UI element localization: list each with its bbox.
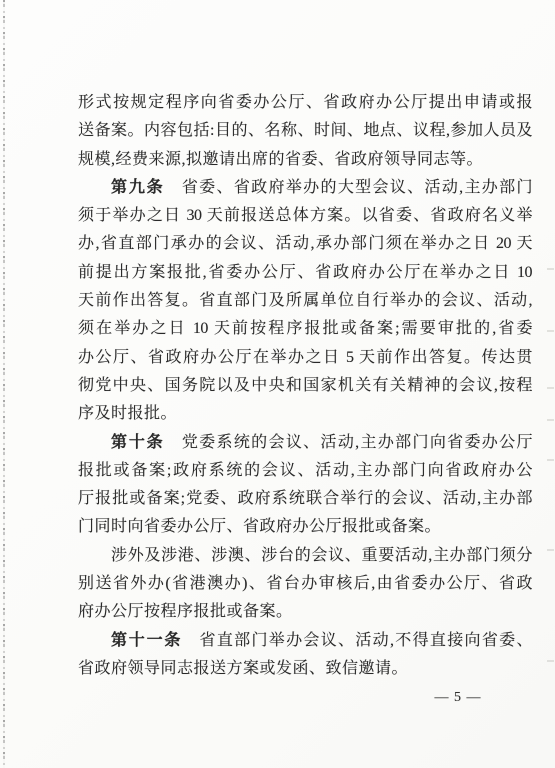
text-line: 第九条 省委、省政府举办的大型会议、活动,主办部门	[78, 174, 532, 202]
document-page: 形式按规定程序向省委办公厅、省政府办公厅提出申请或报送备案。内容包括:目的、名称…	[0, 0, 555, 768]
article-heading: 第十一条	[111, 632, 182, 649]
text-line: 规模,经费来源,拟邀请出席的省委、省政府领导同志等。	[78, 146, 532, 174]
text-line: 天前作出答复。省直部门及所属单位自行举办的会议、活动,	[78, 287, 532, 315]
page-number: — 5 —	[418, 688, 498, 708]
document-body: 形式按规定程序向省委办公厅、省政府办公厅提出申请或报送备案。内容包括:目的、名称…	[78, 89, 532, 683]
text-line: 须在举办之日 10 天前按程序报批或备案;需要审批的,省委	[78, 315, 532, 343]
text-line: 送备案。内容包括:目的、名称、时间、地点、议程,参加人员及	[78, 117, 532, 145]
text-line: 报批或备案;政府系统的会议、活动,主办部门向省政府办公	[78, 457, 532, 485]
text-line: 形式按规定程序向省委办公厅、省政府办公厅提出申请或报	[78, 89, 532, 117]
text-line: 涉外及涉港、涉澳、涉台的会议、重要活动,主办部门须分	[78, 542, 532, 570]
text-line: 第十一条 省直部门举办会议、活动,不得直接向省委、	[78, 627, 532, 655]
scan-artifact-bleed-mark	[547, 330, 554, 332]
text-line: 须于举办之日 30 天前报送总体方案。以省委、省政府名义举	[78, 202, 532, 230]
text-line: 门同时向省委办公厅、省政府办公厅报批或备案。	[78, 513, 532, 541]
text-line: 省政府领导同志报送方案或发函、致信邀请。	[78, 655, 532, 683]
scan-artifact-bleed-mark	[547, 549, 554, 551]
scan-artifact-bleed-mark	[547, 660, 554, 662]
article-heading: 第九条	[111, 179, 165, 196]
text-line: 序及时报批。	[78, 400, 532, 428]
scan-artifact-bleed-mark	[547, 387, 554, 389]
text-line: 第十条 党委系统的会议、活动,主办部门向省委办公厅	[78, 429, 532, 457]
text-line: 办,省直部门承办的会议、活动,承办部门须在举办之日 20 天	[78, 230, 532, 258]
text-line: 办公厅、省政府办公厅在举办之日 5 天前作出答复。传达贯	[78, 344, 532, 372]
scan-artifact-bleed-mark	[547, 419, 554, 421]
scan-artifact-left-edge	[3, 0, 5, 768]
text-line: 彻党中央、国务院以及中央和国家机关有关精神的会议,按程	[78, 372, 532, 400]
text-line: 别送省外办(省港澳办)、省台办审核后,由省委办公厅、省政	[78, 570, 532, 598]
text-line: 前提出方案报批,省委办公厅、省政府办公厅在举办之日 10	[78, 259, 532, 287]
scan-artifact-bleed-mark	[547, 268, 554, 270]
scan-artifact-bleed-mark	[547, 459, 554, 461]
text-line: 厅报批或备案;党委、政府系统联合举行的会议、活动,主办部	[78, 485, 532, 513]
text-line: 府办公厅按程序报批或备案。	[78, 598, 532, 626]
article-heading: 第十条	[111, 434, 165, 451]
